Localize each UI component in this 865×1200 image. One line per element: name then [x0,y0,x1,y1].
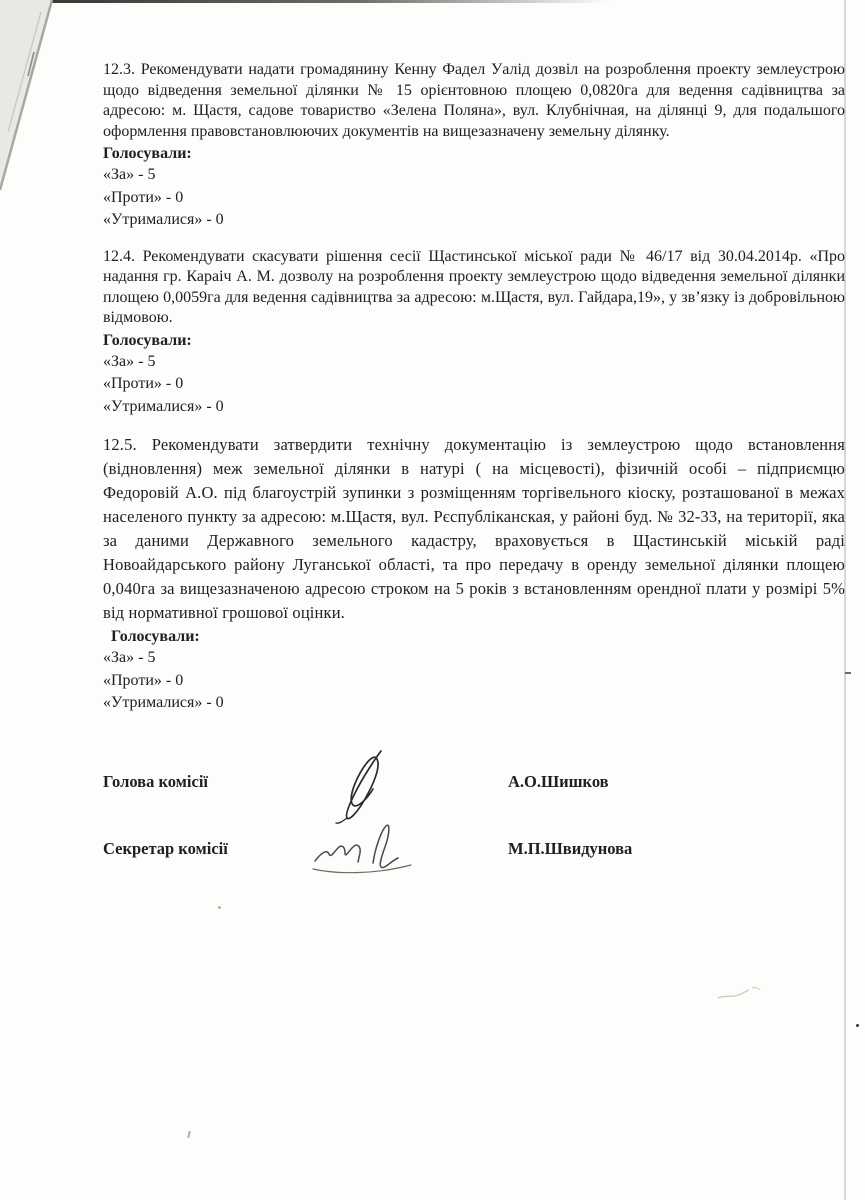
scan-top-edge-line [48,0,610,3]
paragraph-12-4: 12.4. Рекомендувати скасувати рішення се… [103,247,845,329]
vote-against-12-4: «Проти» - 0 [103,373,845,396]
signature-row-chairman: Голова комісії А.О.Шишков [103,772,845,796]
scan-artifact-dot [856,1024,859,1027]
secretary-name: М.П.Швидунова [508,839,632,859]
vote-against-12-5: «Проти» - 0 [103,670,845,693]
vote-for-12-4: «За» - 5 [103,351,845,374]
scanned-document-page: 12.3. Рекомендувати надати громадянину К… [0,0,865,1200]
vote-header-12-5: Голосували: [103,626,845,647]
paragraph-12-3: 12.3. Рекомендувати надати громадянину К… [103,60,845,142]
secretary-role-label: Секретар комісії [103,839,228,859]
vote-header-12-4: Голосували: [103,330,845,351]
signature-block: Голова комісії А.О.Шишков Секретар коміс… [103,772,845,863]
scan-artifact-dash [845,672,851,674]
chairman-signature-icon [325,747,397,825]
vote-abstained-12-4: «Утрималися» - 0 [103,396,845,419]
vote-abstained-12-3: «Утрималися» - 0 [103,209,845,232]
scan-artifact-small-dot [218,906,221,909]
document-body: 12.3. Рекомендувати надати громадянину К… [103,60,845,863]
vote-for-12-5: «За» - 5 [103,647,845,670]
vote-abstained-12-5: «Утрималися» - 0 [103,692,845,715]
vote-for-12-3: «За» - 5 [103,164,845,187]
scan-artifact-squiggle [716,984,764,1004]
chairman-role-label: Голова комісії [103,772,208,792]
section-12-5: 12.5. Рекомендувати затвердити технічну … [103,433,845,715]
chairman-name: А.О.Шишков [508,772,609,792]
scan-artifact-tick [187,1131,190,1138]
signature-row-secretary: Секретар комісії М.П.Швидунова [103,839,845,863]
page-corner-fold [0,0,60,200]
vote-against-12-3: «Проти» - 0 [103,187,845,210]
section-12-4: 12.4. Рекомендувати скасувати рішення се… [103,247,845,419]
section-12-3: 12.3. Рекомендувати надати громадянину К… [103,60,845,232]
secretary-signature-icon [311,821,421,879]
paragraph-12-5: 12.5. Рекомендувати затвердити технічну … [103,433,845,625]
vote-header-12-3: Голосували: [103,143,845,164]
